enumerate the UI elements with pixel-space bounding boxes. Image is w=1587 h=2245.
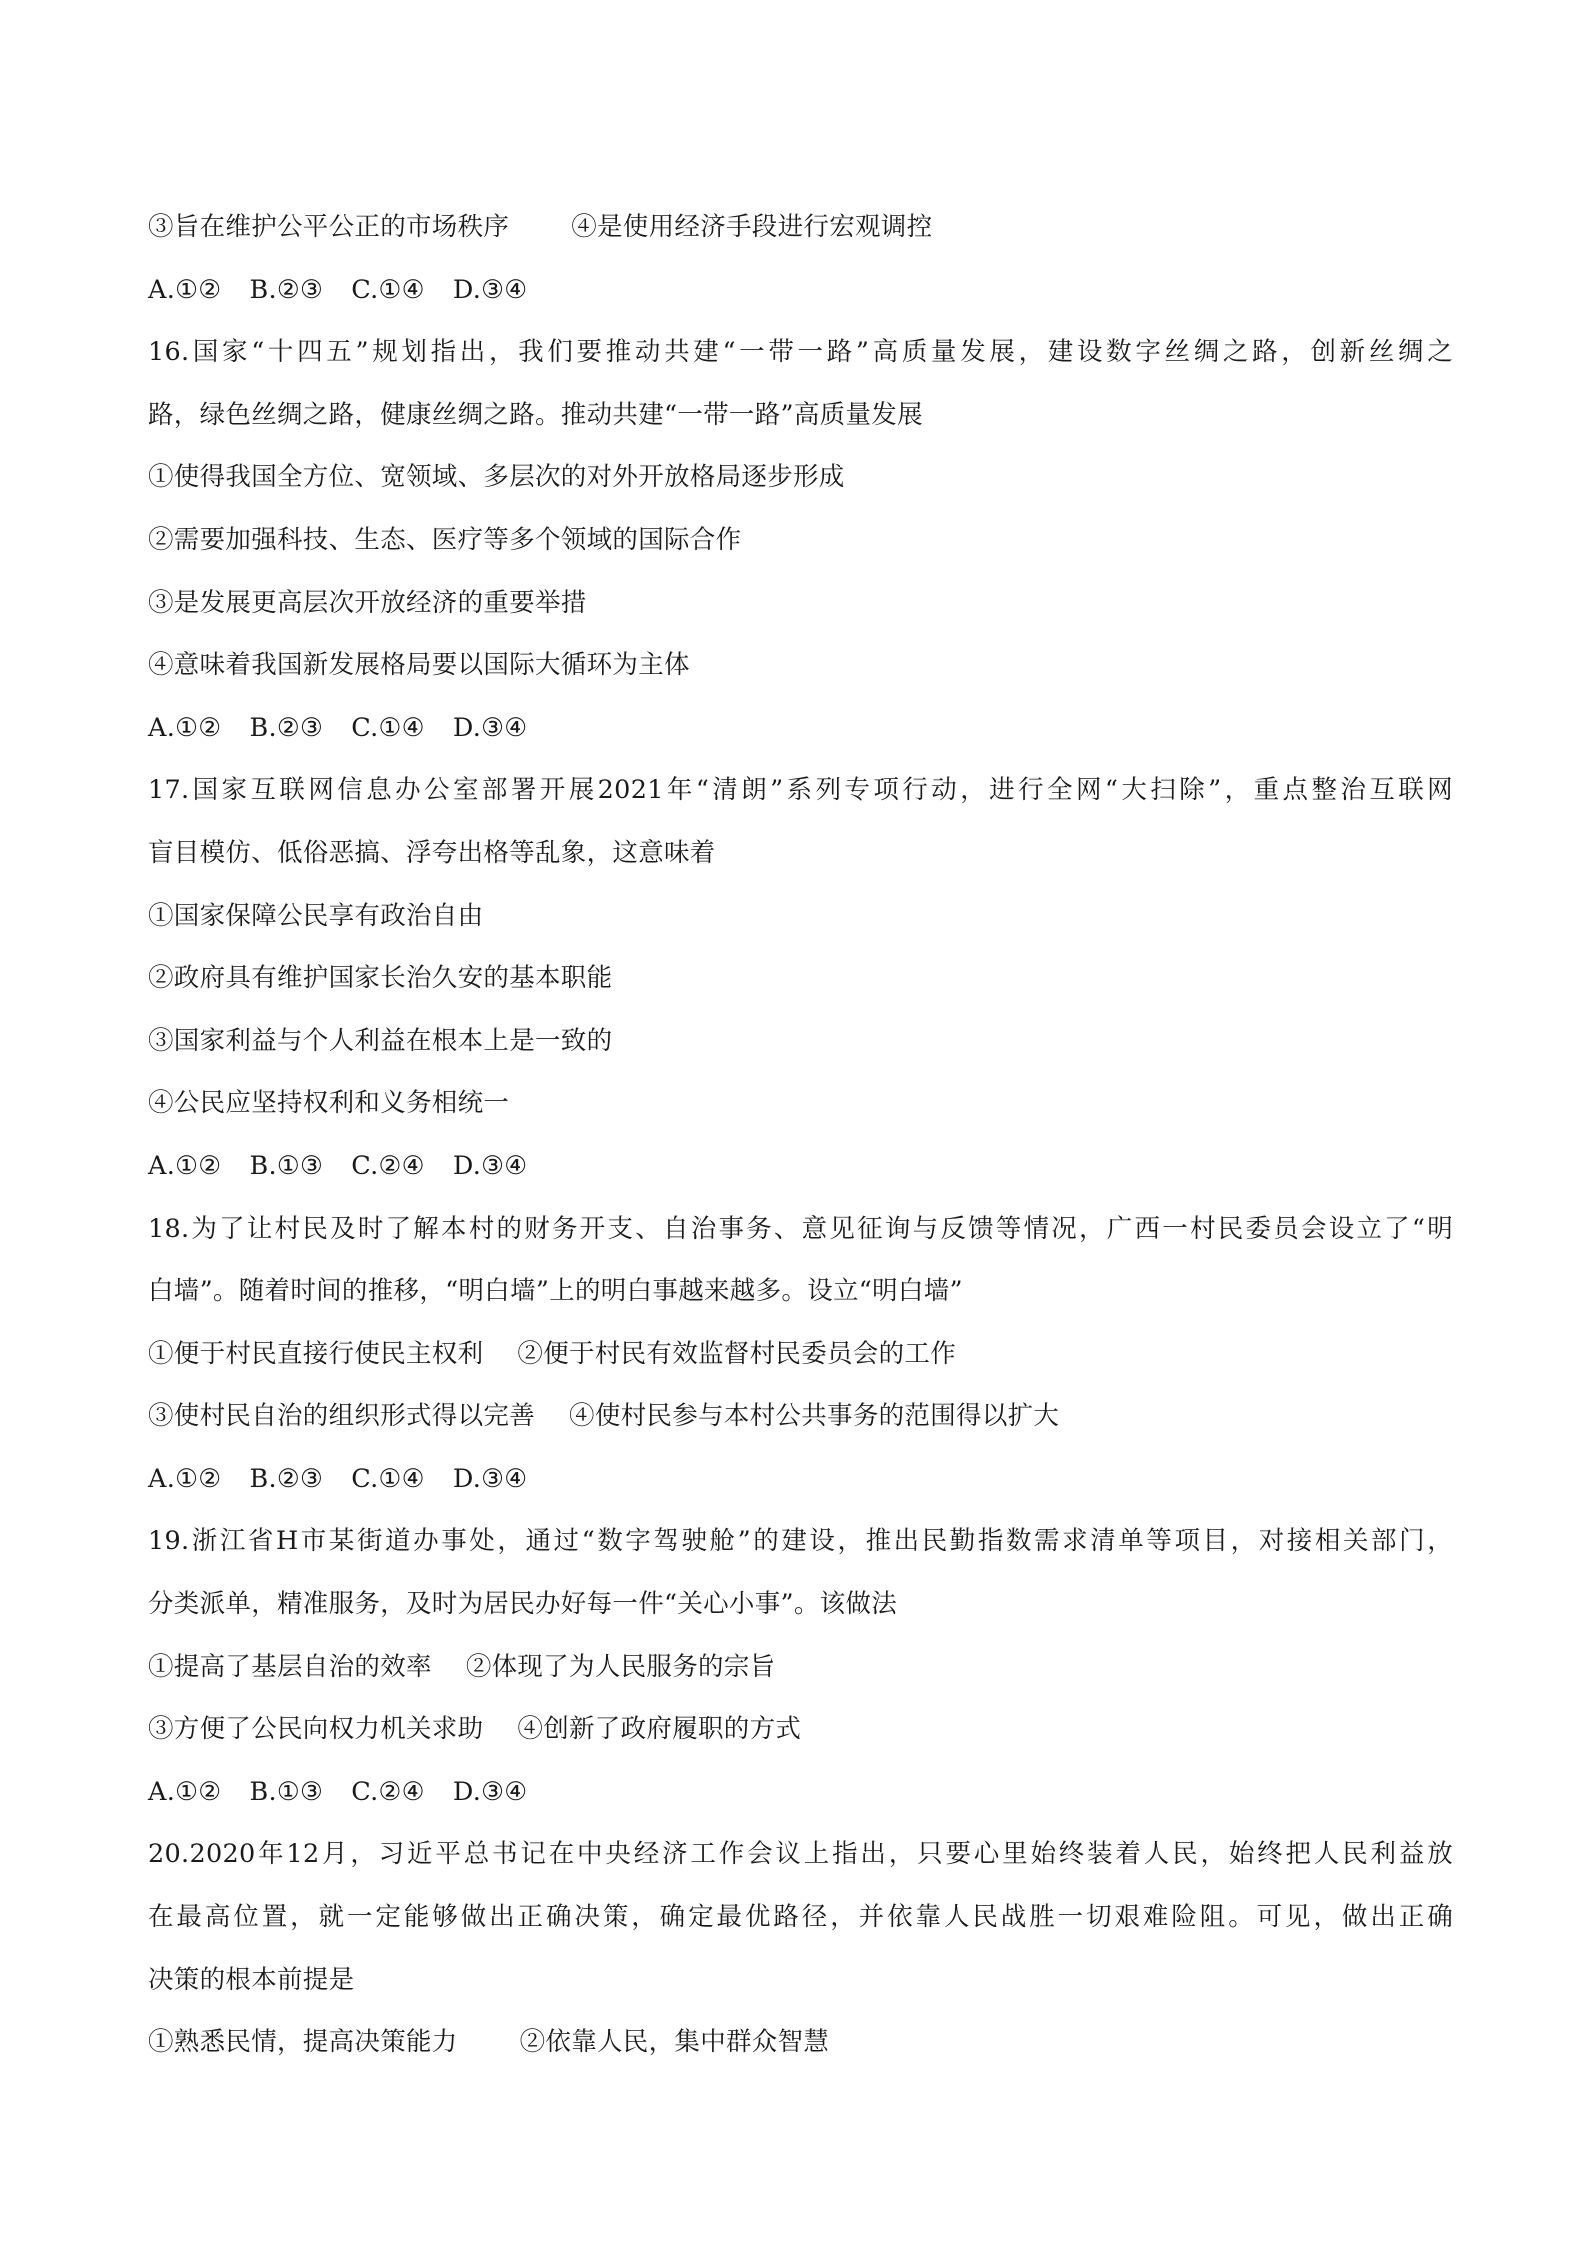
option-row: ①提高了基层自治的效率②体现了为人民服务的宗旨: [148, 1636, 1453, 1699]
option-2: ②需要加强科技、生态、医疗等多个领域的国际合作: [148, 509, 1453, 572]
choice-a: A.①②: [148, 1761, 221, 1824]
option-1: ①使得我国全方位、宽领域、多层次的对外开放格局逐步形成: [148, 446, 1453, 509]
choice-b: B.①③: [249, 1761, 323, 1824]
answer-choices: A.①②B.①③C.②④D.③④: [148, 1761, 1453, 1824]
choice-a: A.①②: [148, 1135, 221, 1198]
option-row: ③使村民自治的组织形式得以完善④使村民参与本村公共事务的范围得以扩大: [148, 1385, 1453, 1448]
question-20: 20.2020年12月，习近平总书记在中央经济工作会议上指出，只要心里始终装着人…: [148, 1823, 1453, 2073]
question-stem-line: 白墙”。随着时间的推移，“明白墙”上的明白事越来越多。设立“明白墙”: [148, 1260, 1453, 1323]
answer-choices: A.①②B.②③C.①④D.③④: [148, 259, 1453, 322]
option-row: ①熟悉民情，提高决策能力②依靠人民，集中群众智慧: [148, 2011, 1453, 2074]
option-4: ④意味着我国新发展格局要以国际大循环为主体: [148, 634, 1453, 697]
option-row: ③方便了公民向权力机关求助④创新了政府履职的方式: [148, 1698, 1453, 1761]
option-3: ③方便了公民向权力机关求助: [148, 1698, 483, 1761]
choice-b: B.②③: [249, 697, 323, 760]
answer-choices: A.①②B.②③C.①④D.③④: [148, 1448, 1453, 1511]
choice-d: D.③④: [453, 1135, 528, 1198]
question-stem-line: 决策的根本前提是: [148, 1949, 1453, 2012]
choice-c: C.②④: [351, 1761, 425, 1824]
question-17: 17.国家互联网信息办公室部署开展2021年“清朗”系列专项行动，进行全网“大扫…: [148, 759, 1453, 1197]
option-4: ④使村民参与本村公共事务的范围得以扩大: [569, 1385, 1059, 1448]
answer-choices: A.①②B.①③C.②④D.③④: [148, 1135, 1453, 1198]
option-3: ③是发展更高层次开放经济的重要举措: [148, 572, 1453, 635]
question-stem-line: 盲目模仿、低俗恶搞、浮夸出格等乱象，这意味着: [148, 822, 1453, 885]
option-4: ④创新了政府履职的方式: [517, 1698, 801, 1761]
option-row: ①便于村民直接行使民主权利②便于村民有效监督村民委员会的工作: [148, 1323, 1453, 1386]
option-1: ①熟悉民情，提高决策能力: [148, 2011, 458, 2074]
question-stem-line: 18.为了让村民及时了解本村的财务开支、自治事务、意见征询与反馈等情况，广西一村…: [148, 1198, 1453, 1261]
question-stem-line: 在最高位置，就一定能够做出正确决策，确定最优路径，并依靠人民战胜一切艰难险阻。可…: [148, 1886, 1453, 1949]
option-2: ②体现了为人民服务的宗旨: [466, 1636, 776, 1699]
choice-d: D.③④: [453, 259, 528, 322]
question-stem-line: 17.国家互联网信息办公室部署开展2021年“清朗”系列专项行动，进行全网“大扫…: [148, 759, 1453, 822]
option-4: ④是使用经济手段进行宏观调控: [571, 196, 932, 259]
question-stem-line: 16.国家“十四五”规划指出，我们要推动共建“一带一路”高质量发展，建设数字丝绸…: [148, 321, 1453, 384]
option-1: ①提高了基层自治的效率: [148, 1636, 432, 1699]
choice-c: C.①④: [351, 259, 425, 322]
choice-c: C.①④: [351, 1448, 425, 1511]
choice-b: B.②③: [249, 1448, 323, 1511]
question-15-tail: ③旨在维护公平公正的市场秩序④是使用经济手段进行宏观调控 A.①②B.②③C.①…: [148, 196, 1453, 321]
question-18: 18.为了让村民及时了解本村的财务开支、自治事务、意见征询与反馈等情况，广西一村…: [148, 1198, 1453, 1511]
question-stem-line: 路，绿色丝绸之路，健康丝绸之路。推动共建“一带一路”高质量发展: [148, 384, 1453, 447]
option-3: ③使村民自治的组织形式得以完善: [148, 1385, 535, 1448]
choice-a: A.①②: [148, 1448, 221, 1511]
choice-d: D.③④: [453, 697, 528, 760]
question-16: 16.国家“十四五”规划指出，我们要推动共建“一带一路”高质量发展，建设数字丝绸…: [148, 321, 1453, 759]
question-stem-line: 分类派单，精准服务，及时为居民办好每一件“关心小事”。该做法: [148, 1573, 1453, 1636]
option-row: ③旨在维护公平公正的市场秩序④是使用经济手段进行宏观调控: [148, 196, 1453, 259]
option-2: ②便于村民有效监督村民委员会的工作: [517, 1323, 956, 1386]
option-1: ①便于村民直接行使民主权利: [148, 1323, 483, 1386]
choice-c: C.①④: [351, 697, 425, 760]
option-3: ③旨在维护公平公正的市场秩序: [148, 196, 509, 259]
choice-d: D.③④: [453, 1761, 528, 1824]
choice-d: D.③④: [453, 1448, 528, 1511]
option-4: ④公民应坚持权利和义务相统一: [148, 1072, 1453, 1135]
option-3: ③国家利益与个人利益在根本上是一致的: [148, 1010, 1453, 1073]
choice-a: A.①②: [148, 697, 221, 760]
choice-c: C.②④: [351, 1135, 425, 1198]
option-2: ②政府具有维护国家长治久安的基本职能: [148, 947, 1453, 1010]
exam-page: ③旨在维护公平公正的市场秩序④是使用经济手段进行宏观调控 A.①②B.②③C.①…: [148, 196, 1453, 2074]
choice-b: B.①③: [249, 1135, 323, 1198]
question-stem-line: 20.2020年12月，习近平总书记在中央经济工作会议上指出，只要心里始终装着人…: [148, 1823, 1453, 1886]
question-stem-line: 19.浙江省H市某街道办事处，通过“数字驾驶舱”的建设，推出民勤指数需求清单等项…: [148, 1510, 1453, 1573]
question-19: 19.浙江省H市某街道办事处，通过“数字驾驶舱”的建设，推出民勤指数需求清单等项…: [148, 1510, 1453, 1823]
answer-choices: A.①②B.②③C.①④D.③④: [148, 697, 1453, 760]
option-1: ①国家保障公民享有政治自由: [148, 885, 1453, 948]
choice-b: B.②③: [249, 259, 323, 322]
choice-a: A.①②: [148, 259, 221, 322]
option-2: ②依靠人民，集中群众智慧: [520, 2011, 830, 2074]
